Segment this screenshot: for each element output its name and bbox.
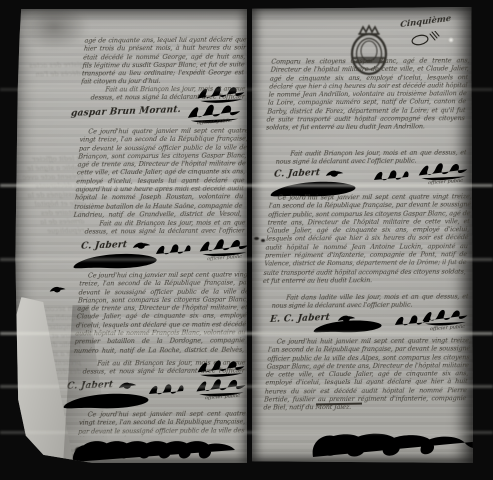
fold-streak bbox=[0, 184, 493, 187]
white-spot bbox=[448, 37, 454, 43]
fold-streak bbox=[0, 431, 493, 434]
bottom-flourish bbox=[69, 436, 239, 466]
declarant-signature: gaspar Brun Morant. bbox=[71, 105, 182, 119]
ink-speck bbox=[254, 237, 259, 240]
entry-paragraph: Ce jourd'hui huit janvier mil sept cent … bbox=[263, 336, 471, 415]
annotation-paraph-icon bbox=[410, 31, 440, 47]
signature-paraph-icon bbox=[324, 168, 346, 180]
page-annotation: Cinquième bbox=[400, 14, 451, 30]
ink-speck bbox=[261, 239, 265, 242]
officer-signature-label: officier public bbox=[205, 393, 240, 401]
fold-streak bbox=[0, 88, 493, 91]
fold-streak bbox=[0, 332, 493, 335]
entry-paragraph: Comparu les citoyens Gaspar Blanc, agé d… bbox=[264, 56, 470, 149]
entry-paragraph: agé de cinquante ans, lequel lui ayant d… bbox=[81, 35, 247, 84]
jabert-signature: C. Jabert bbox=[80, 240, 127, 252]
edge-smudge bbox=[19, 5, 89, 49]
entry-closing: Fait au dit Briançon les jour, mois et a… bbox=[84, 218, 245, 236]
entry-paragraph: Ce jourd'hui cinq janvier mil sept cent … bbox=[74, 270, 251, 355]
entry-paragraph: Ce jourd'hui sept janvier mil sept cent … bbox=[262, 192, 472, 293]
fold-streak bbox=[0, 385, 493, 388]
officer-signature-scribble bbox=[195, 357, 247, 379]
jabert-signature: C. Jabert bbox=[273, 168, 320, 180]
scanned-register-spread: registre des actes de décès de l'an et l… bbox=[0, 0, 493, 480]
fold-streak bbox=[0, 258, 493, 261]
entry-paragraph: Ce jourd'hui quatre janvier mil sept cen… bbox=[73, 126, 249, 219]
signature-paraph-icon bbox=[131, 240, 153, 252]
right-page: Cinquième Comparu les citoyens Gaspar Bl… bbox=[252, 7, 473, 463]
officer-signature-label: officier public bbox=[430, 324, 465, 332]
margin-scribble bbox=[47, 285, 69, 295]
left-page: registre des actes de décès de l'an et l… bbox=[13, 9, 247, 463]
